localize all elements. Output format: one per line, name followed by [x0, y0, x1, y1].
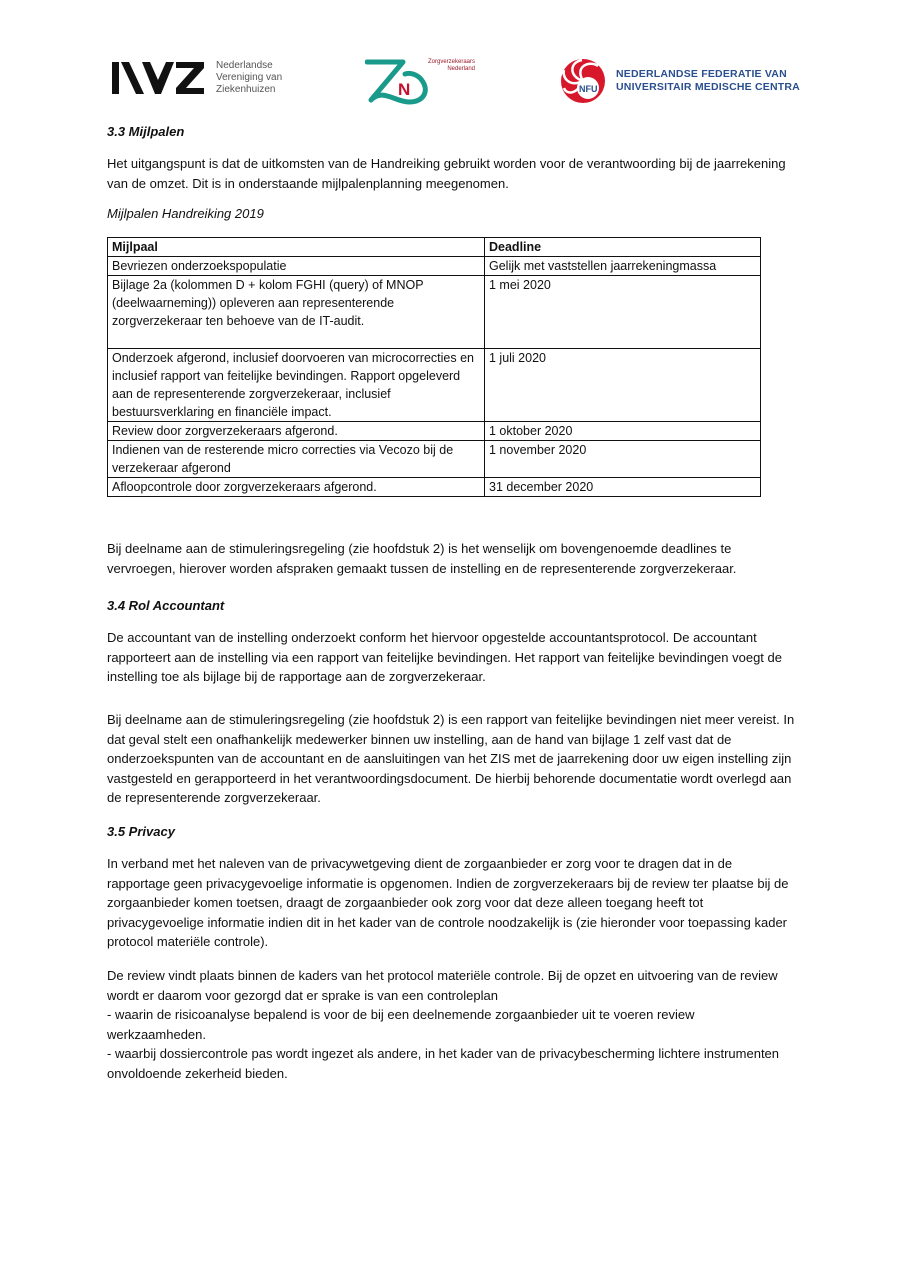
deadline-cell: 31 december 2020 [485, 478, 761, 497]
milestone-cell: Bevriezen onderzoekspopulatie [108, 257, 485, 276]
header-deadline: Deadline [485, 238, 761, 257]
zn-logo: N Zorgverzekeraars Nederland [365, 58, 485, 108]
section-heading-rol-accountant: 3.4 Rol Accountant [107, 598, 224, 613]
deadline-cell: 1 juli 2020 [485, 349, 761, 422]
deadline-cell: 1 oktober 2020 [485, 422, 761, 441]
table-row: Review door zorgverzekeraars afgerond. 1… [108, 422, 761, 441]
table-row: Bijlage 2a (kolommen D + kolom FGHI (que… [108, 276, 761, 349]
nfu-logo-text: NEDERLANDSE FEDERATIE VAN UNIVERSITAIR M… [616, 68, 800, 94]
svg-text:N: N [398, 80, 410, 99]
table-row: Indienen van de resterende micro correct… [108, 441, 761, 478]
milestone-cell: Onderzoek afgerond, inclusief doorvoeren… [108, 349, 485, 422]
deadline-cell: Gelijk met vaststellen jaarrekeningmassa [485, 257, 761, 276]
privacy-bullet: - waarin de risicoanalyse bepalend is vo… [107, 1005, 797, 1044]
deadline-cell: 1 mei 2020 [485, 276, 761, 349]
milestone-cell: Bijlage 2a (kolommen D + kolom FGHI (que… [108, 276, 485, 349]
milestone-cell: Afloopcontrole door zorgverzekeraars afg… [108, 478, 485, 497]
nfu-mark-icon: NFU [560, 58, 606, 104]
table-row: Bevriezen onderzoekspopulatie Gelijk met… [108, 257, 761, 276]
privacy-bullet: - waarbij dossiercontrole pas wordt inge… [107, 1044, 797, 1083]
svg-text:NFU: NFU [579, 84, 598, 94]
nfu-logo: NFU NEDERLANDSE FEDERATIE VAN UNIVERSITA… [560, 58, 800, 104]
logo-header: Nederlandse Vereniging van Ziekenhuizen … [0, 0, 900, 115]
accountant-paragraph-1: De accountant van de instelling onderzoe… [107, 628, 797, 687]
section-heading-privacy: 3.5 Privacy [107, 824, 175, 839]
zn-logo-text: Zorgverzekeraars Nederland [405, 59, 475, 73]
nvz-logo-text: Nederlandse Vereniging van Ziekenhuizen [216, 60, 282, 96]
deadline-cell: 1 november 2020 [485, 441, 761, 478]
table-header-row: Mijlpaal Deadline [108, 238, 761, 257]
table-row: Afloopcontrole door zorgverzekeraars afg… [108, 478, 761, 497]
privacy-paragraph-1: In verband met het naleven van de privac… [107, 854, 797, 952]
nvz-logo: Nederlandse Vereniging van Ziekenhuizen [112, 60, 282, 96]
header-milestone: Mijlpaal [108, 238, 485, 257]
privacy-paragraph-2: De review vindt plaats binnen de kaders … [107, 966, 797, 1083]
privacy-lead: De review vindt plaats binnen de kaders … [107, 966, 797, 1005]
milestone-cell: Indienen van de resterende micro correct… [108, 441, 485, 478]
nvz-mark-icon [112, 60, 204, 96]
table-row: Onderzoek afgerond, inclusief doorvoeren… [108, 349, 761, 422]
table-caption: Mijlpalen Handreiking 2019 [107, 206, 264, 221]
milestones-table: Mijlpaal Deadline Bevriezen onderzoekspo… [107, 237, 761, 497]
mijlpalen-intro: Het uitgangspunt is dat de uitkomsten va… [107, 154, 797, 193]
accountant-paragraph-2: Bij deelname aan de stimuleringsregeling… [107, 710, 797, 808]
section-heading-mijlpalen: 3.3 Mijlpalen [107, 124, 184, 139]
after-table-paragraph: Bij deelname aan de stimuleringsregeling… [107, 539, 797, 578]
milestone-cell: Review door zorgverzekeraars afgerond. [108, 422, 485, 441]
